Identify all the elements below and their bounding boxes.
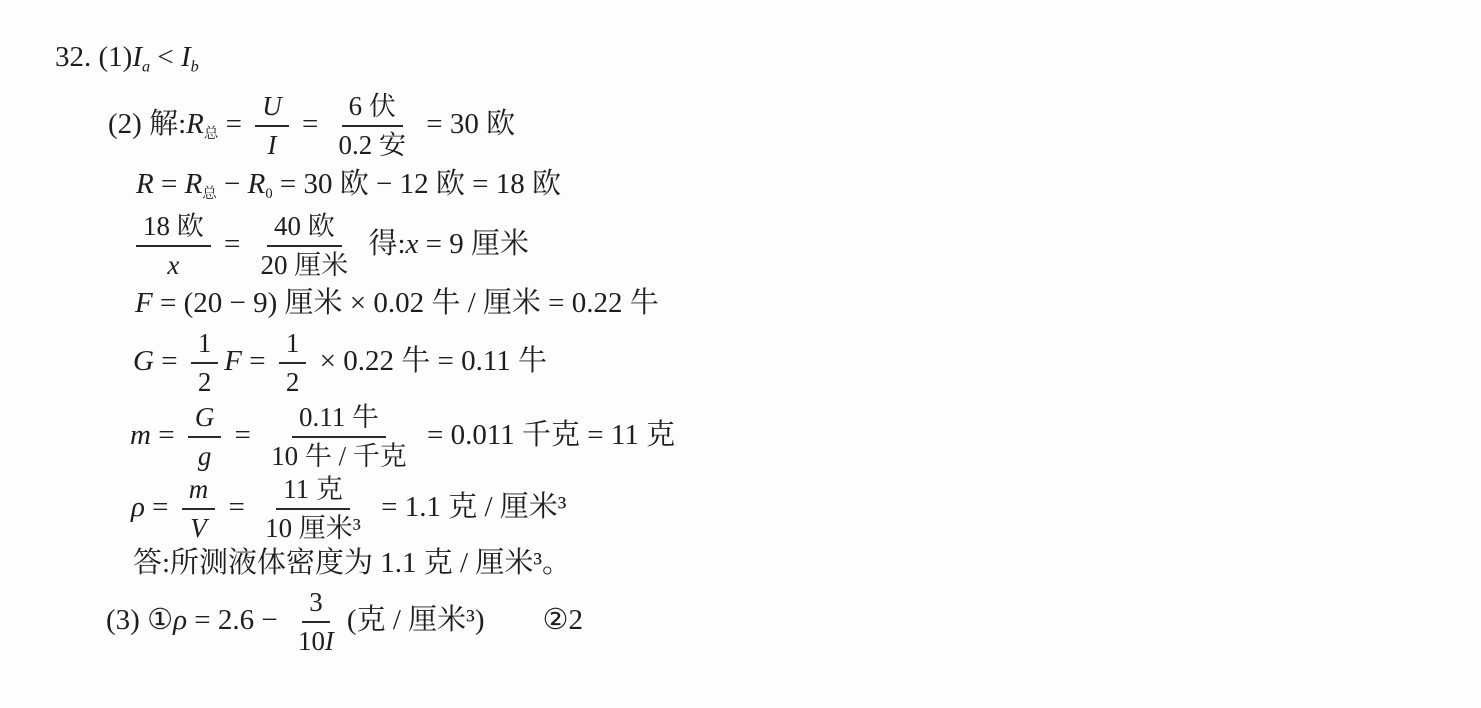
solution-line-mass: m = Gg = 0.11 牛10 牛 / 千克 = 0.011 千克 = 11… xyxy=(130,402,1481,472)
text-run: × 0.22 牛 = 0.11 牛 xyxy=(312,345,547,377)
fraction-numerator: 3 xyxy=(302,587,329,623)
text-run: = 1.1 克 / 厘米³ xyxy=(374,491,567,523)
fraction-denominator: 2 xyxy=(279,364,306,398)
text-run: 10 xyxy=(298,626,325,656)
text-run: 40 欧 xyxy=(274,211,335,241)
fraction: 12 xyxy=(191,328,218,398)
text-run: = (20 − 9) 厘米 × 0.02 牛 / 厘米 = 0.22 牛 xyxy=(153,287,659,319)
solution-line-spring-force: F = (20 − 9) 厘米 × 0.02 牛 / 厘米 = 0.22 牛 xyxy=(135,286,1481,320)
solution-line-answer-statement: 答:所测液体密度为 1.1 克 / 厘米³。 xyxy=(133,546,1481,580)
text-run: (克 / 厘米³) xyxy=(347,603,485,635)
text-run: = xyxy=(218,108,249,140)
text-run: 0.2 安 xyxy=(339,130,406,160)
text-run: = xyxy=(242,345,273,377)
text-run: 20 厘米 xyxy=(261,250,349,280)
math-variable: m xyxy=(130,419,151,451)
math-variable: R xyxy=(185,168,203,200)
math-subscript: 总 xyxy=(202,186,217,202)
fraction: 12 xyxy=(279,328,306,398)
fraction-numerator: 1 xyxy=(279,328,306,364)
text-run: 1 xyxy=(198,328,211,358)
text-run: 1 xyxy=(286,328,299,358)
text-run: = xyxy=(151,419,182,451)
text-run: = xyxy=(145,491,176,523)
fraction-numerator: 0.11 牛 xyxy=(292,402,386,438)
math-variable: V xyxy=(190,513,206,543)
math-variable: I xyxy=(325,626,334,656)
text-run: (2) 解: xyxy=(108,108,186,140)
fraction-numerator: 40 欧 xyxy=(267,211,342,247)
fraction: 11 克10 厘米³ xyxy=(258,474,368,544)
text-run: = 0.011 千克 = 11 克 xyxy=(420,419,675,451)
math-variable: I xyxy=(181,41,191,73)
math-variable: R xyxy=(248,168,266,200)
solution-line-resistance-difference: R = R总 − R0 = 30 欧 − 12 欧 = 18 欧 xyxy=(136,167,1481,203)
solution-line-gravity: G = 12F = 12 × 0.22 牛 = 0.11 牛 xyxy=(133,328,1481,398)
math-variable: g xyxy=(198,441,211,471)
text-run: 2 xyxy=(198,367,211,397)
fraction: 40 欧20 厘米 xyxy=(254,211,356,281)
fraction-denominator: 2 xyxy=(191,364,218,398)
text-run: 答:所测液体密度为 1.1 克 / 厘米³。 xyxy=(133,547,571,579)
text-run: 10 牛 / 千克 xyxy=(271,441,407,471)
text-run: 32. (1) xyxy=(55,41,132,73)
math-subscript: 0 xyxy=(265,186,272,202)
fraction-numerator: 6 伏 xyxy=(342,91,403,127)
text-run: = 30 欧 xyxy=(419,108,515,140)
text-run: = 30 欧 − 12 欧 = 18 欧 xyxy=(273,168,561,200)
document-page: 32. (1)Ia < Ib(2) 解:R总 = UI = 6 伏0.2 安 =… xyxy=(0,0,1481,708)
text-run: 6 伏 xyxy=(349,91,396,121)
math-variable: F xyxy=(135,287,153,319)
text-run: ②2 xyxy=(484,603,583,635)
text-run: = xyxy=(154,168,185,200)
fraction: mV xyxy=(182,474,215,544)
fraction: 310I xyxy=(291,587,341,657)
solution-line-proportion-solve-x: 18 欧x = 40 欧20 厘米 得:x = 9 厘米 xyxy=(130,211,1481,281)
solution-block: 32. (1)Ia < Ib(2) 解:R总 = UI = 6 伏0.2 安 =… xyxy=(0,0,1481,657)
fraction-numerator: m xyxy=(182,474,215,510)
text-run: 11 克 xyxy=(283,474,343,504)
math-variable: U xyxy=(262,91,281,121)
solution-line-part2-total-resistance: (2) 解:R总 = UI = 6 伏0.2 安 = 30 欧 xyxy=(108,91,1481,161)
fraction-denominator: 10I xyxy=(291,623,341,657)
fraction-denominator: g xyxy=(191,438,218,472)
fraction: 6 伏0.2 安 xyxy=(332,91,413,161)
text-run: 得: xyxy=(361,228,405,260)
text-run: = xyxy=(154,345,185,377)
math-variable: I xyxy=(132,41,142,73)
fraction-denominator: 20 厘米 xyxy=(254,247,356,281)
fraction-numerator: G xyxy=(188,402,221,438)
text-run: = xyxy=(295,108,326,140)
text-run: 18 欧 xyxy=(143,211,204,241)
solution-line-density: ρ = mV = 11 克10 厘米³ = 1.1 克 / 厘米³ xyxy=(131,474,1481,544)
text-run: (3) ① xyxy=(106,603,173,635)
text-run: 3 xyxy=(309,587,322,617)
solution-line-part3-expression: (3) ①ρ = 2.6 − 310I(克 / 厘米³) ②2 xyxy=(106,587,1481,657)
text-run: < xyxy=(150,41,181,73)
fraction: Gg xyxy=(188,402,221,472)
text-run: = xyxy=(217,228,248,260)
math-variable: R xyxy=(186,108,204,140)
solution-line-part1-answer: 32. (1)Ia < Ib xyxy=(55,40,1481,77)
fraction-denominator: V xyxy=(183,510,213,544)
fraction-denominator: 10 厘米³ xyxy=(258,510,368,544)
text-run: = 9 厘米 xyxy=(418,228,529,260)
math-variable: m xyxy=(189,474,208,504)
fraction: UI xyxy=(255,91,288,161)
math-variable: G xyxy=(133,345,154,377)
math-variable: ρ xyxy=(173,603,187,635)
fraction-denominator: I xyxy=(260,127,283,161)
math-variable: x xyxy=(167,250,179,280)
math-subscript: a xyxy=(142,58,150,76)
math-subscript: 总 xyxy=(204,126,219,142)
text-run: = 2.6 − xyxy=(187,603,285,635)
text-run: = xyxy=(221,491,252,523)
math-variable: R xyxy=(136,168,154,200)
fraction: 18 欧x xyxy=(136,211,211,281)
math-variable: ρ xyxy=(131,491,145,523)
math-variable: F xyxy=(224,345,242,377)
math-variable: x xyxy=(406,228,419,260)
text-run: 0.11 牛 xyxy=(299,402,379,432)
fraction-numerator: 1 xyxy=(191,328,218,364)
math-variable: I xyxy=(267,130,276,160)
fraction-numerator: U xyxy=(255,91,288,127)
text-run: − xyxy=(217,168,248,200)
fraction-denominator: 0.2 安 xyxy=(332,127,413,161)
text-run: = xyxy=(227,419,258,451)
math-variable: G xyxy=(195,402,214,432)
fraction: 0.11 牛10 牛 / 千克 xyxy=(264,402,414,472)
fraction-denominator: x xyxy=(160,247,186,281)
text-run: 10 厘米³ xyxy=(265,513,361,543)
text-run: 2 xyxy=(286,367,299,397)
fraction-numerator: 18 欧 xyxy=(136,211,211,247)
fraction-denominator: 10 牛 / 千克 xyxy=(264,438,414,472)
fraction-numerator: 11 克 xyxy=(276,474,350,510)
math-subscript: b xyxy=(191,58,199,76)
